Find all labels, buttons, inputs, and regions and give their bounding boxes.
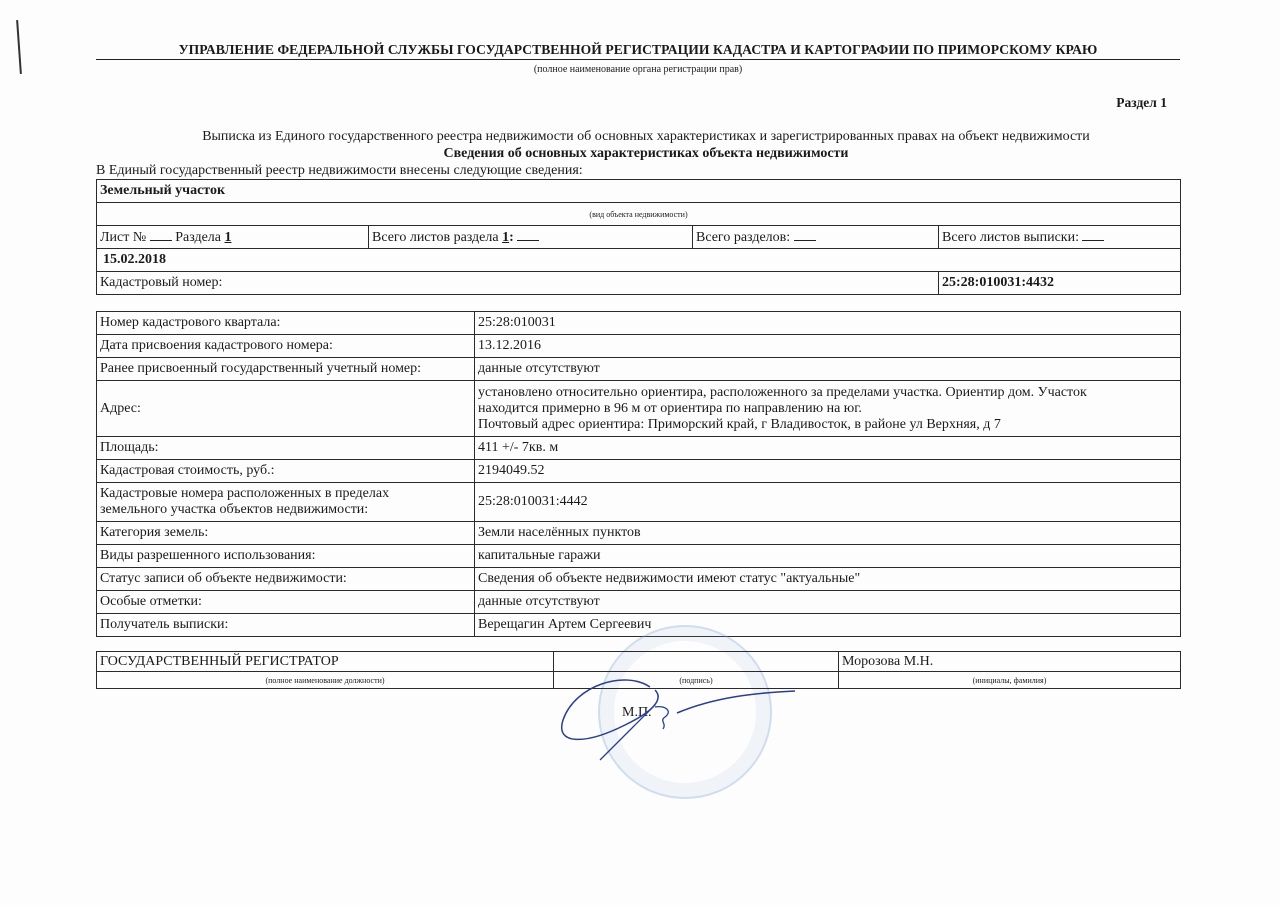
table-row: Дата присвоения кадастрового номера: 13.… bbox=[97, 335, 1181, 358]
cadastral-number: 25:28:010031:4432 bbox=[939, 272, 1181, 295]
address-value: установлено относительно ориентира, расп… bbox=[475, 381, 1181, 437]
row-value: 411 +/- 7кв. м bbox=[475, 437, 1181, 460]
cadastral-number-label: Кадастровый номер: bbox=[97, 272, 939, 295]
address-text: установлено относительно ориентира, расп… bbox=[478, 385, 1177, 417]
table-row: Виды разрешенного использования: капитал… bbox=[97, 545, 1181, 568]
table-row: Номер кадастрового квартала: 25:28:01003… bbox=[97, 312, 1181, 335]
row-value: капитальные гаражи bbox=[475, 545, 1181, 568]
row-label: Номер кадастрового квартала: bbox=[97, 312, 475, 335]
total-section-sheets-blank bbox=[517, 228, 539, 241]
document-subtitle: Сведения об основных характеристиках объ… bbox=[96, 146, 1196, 162]
sheet-number-blank bbox=[150, 228, 172, 241]
row-value: данные отсутствуют bbox=[475, 358, 1181, 381]
sheet-label: Лист № bbox=[100, 230, 146, 245]
extract-date: 15.02.2018 bbox=[97, 249, 1181, 272]
total-sections-label: Всего разделов: bbox=[696, 230, 790, 245]
postal-address-text: Почтовый адрес ориентира: Приморский кра… bbox=[478, 417, 1177, 433]
row-label: Дата присвоения кадастрового номера: bbox=[97, 335, 475, 358]
row-label: Получатель выписки: bbox=[97, 614, 475, 637]
section-label: Раздел 1 bbox=[1116, 95, 1167, 111]
total-section-sheets-label: Всего листов раздела bbox=[372, 230, 499, 245]
row-value: Земли населённых пунктов bbox=[475, 522, 1181, 545]
row-value: Сведения об объекте недвижимости имеют с… bbox=[475, 568, 1181, 591]
row-label: Статус записи об объекте недвижимости: bbox=[97, 568, 475, 591]
row-label: Ранее присвоенный государственный учетны… bbox=[97, 358, 475, 381]
row-label: Кадастровые номера расположенных в преде… bbox=[97, 483, 475, 522]
organization-underline bbox=[96, 59, 1180, 60]
section-number: 1 bbox=[225, 230, 232, 245]
object-type: Земельный участок bbox=[97, 180, 1181, 203]
name-caption: (инициалы, фамилия) bbox=[839, 672, 1181, 689]
total-extract-sheets-blank bbox=[1082, 228, 1104, 241]
document-title: Выписка из Единого государственного реес… bbox=[96, 129, 1196, 145]
table-row: Получатель выписки: Верещагин Артем Серг… bbox=[97, 614, 1181, 637]
row-value: Верещагин Артем Сергеевич bbox=[475, 614, 1181, 637]
table-row: Особые отметки: данные отсутствуют bbox=[97, 591, 1181, 614]
scan-edge-mark bbox=[16, 20, 22, 74]
table-row: Адрес: установлено относительно ориентир… bbox=[97, 381, 1181, 437]
total-section-sheets: Всего листов раздела 1: bbox=[369, 226, 693, 249]
organization-caption: (полное наименование органа регистрации … bbox=[96, 64, 1180, 75]
row-value: данные отсутствуют bbox=[475, 591, 1181, 614]
row-value: 13.12.2016 bbox=[475, 335, 1181, 358]
total-extract-sheets-label: Всего листов выписки: bbox=[942, 230, 1079, 245]
characteristics-table: Номер кадастрового квартала: 25:28:01003… bbox=[96, 311, 1181, 637]
row-label: Адрес: bbox=[97, 381, 475, 437]
row-value: 2194049.52 bbox=[475, 460, 1181, 483]
row-value: 25:28:010031 bbox=[475, 312, 1181, 335]
table-row: Статус записи об объекте недвижимости: С… bbox=[97, 568, 1181, 591]
handwritten-signature-icon bbox=[555, 665, 815, 775]
row-label: Виды разрешенного использования: bbox=[97, 545, 475, 568]
registrar-name: Морозова М.Н. bbox=[839, 652, 1181, 672]
row-label: Площадь: bbox=[97, 437, 475, 460]
object-type-caption: (вид объекта недвижимости) bbox=[97, 203, 1181, 226]
row-label: Особые отметки: bbox=[97, 591, 475, 614]
intro-text: В Единый государственный реестр недвижим… bbox=[96, 163, 583, 179]
row-label: Категория земель: bbox=[97, 522, 475, 545]
total-sections-blank bbox=[794, 228, 816, 241]
object-header-table: Земельный участок (вид объекта недвижимо… bbox=[96, 179, 1181, 295]
table-row: Кадастровые номера расположенных в преде… bbox=[97, 483, 1181, 522]
total-extract-sheets: Всего листов выписки: bbox=[939, 226, 1181, 249]
table-row: Площадь: 411 +/- 7кв. м bbox=[97, 437, 1181, 460]
organization-name: УПРАВЛЕНИЕ ФЕДЕРАЛЬНОЙ СЛУЖБЫ ГОСУДАРСТВ… bbox=[96, 42, 1180, 58]
section-word: Раздела bbox=[175, 230, 221, 245]
table-row: Кадастровая стоимость, руб.: 2194049.52 bbox=[97, 460, 1181, 483]
position-caption: (полное наименование должности) bbox=[97, 672, 554, 689]
table-row: Ранее присвоенный государственный учетны… bbox=[97, 358, 1181, 381]
table-row: Категория земель: Земли населённых пункт… bbox=[97, 522, 1181, 545]
sheet-info: Лист № Раздела 1 bbox=[97, 226, 369, 249]
row-value: 25:28:010031:4442 bbox=[475, 483, 1181, 522]
row-label: Кадастровая стоимость, руб.: bbox=[97, 460, 475, 483]
registrar-position: ГОСУДАРСТВЕННЫЙ РЕГИСТРАТОР bbox=[97, 652, 554, 672]
total-sections: Всего разделов: bbox=[693, 226, 939, 249]
